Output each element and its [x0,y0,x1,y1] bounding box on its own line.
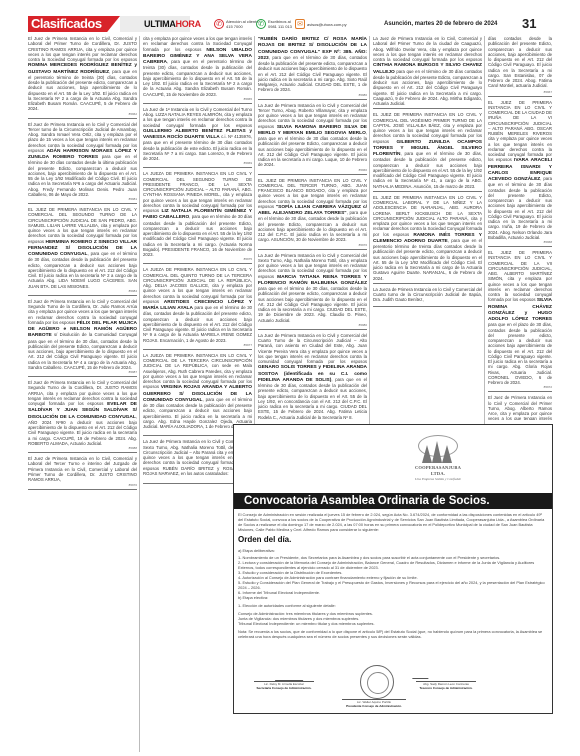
legal-notice: El Juez de Primera Instancia en lo Civil… [28,122,137,205]
legal-notice: EL JUEZ DE PRIMERA INSTANCIA EN LO CIVIL… [373,195,482,284]
notice-code: 85988 [28,446,137,450]
legal-notice: EL JUEZ DE PRIMERA INSTANCIA EN LO CIVIL… [28,207,137,296]
legal-notice: EL JUEZ DE PRIMERA INSTANCIA EN LO CIVIL… [258,178,367,250]
legal-notice: El Juez de Primera Instancia en lo Civil… [28,456,137,490]
newspaper-logo: ULTIMAHORA [120,16,190,32]
legal-notice: "RUBÉN DARÍO BRITEZ C/ ROSA MARÍA ROJAS … [258,36,367,100]
note: Nota: Se recuerda a los socios, que de c… [238,629,548,639]
legal-notice: La Juez de Primera Instancia en lo Civil… [258,333,367,420]
legal-notice: LA JUEZA DE PRIMERA INSTANCIA EN LO CIVI… [143,171,252,264]
phone-icon: ✆ [214,19,224,29]
legal-notice: La Jueza de Primera Instancia en lo Civi… [373,287,482,307]
intro-paragraph: El Consejo de Administración en sesión r… [238,512,548,532]
page-number: 31 [522,16,536,32]
signature-secretaria: Lic. Delsy M. Armella Escobar Secretaria… [254,681,314,691]
signature-presidente: Lic. Walter Aquino Portillo Presidente C… [342,699,406,709]
notice-code: 85980 [258,323,367,327]
legal-notice: EL JUEZ DE PRIMERA INSTANCIA EN LO CIVIL… [488,250,552,392]
legal-notice: La Juez de Primera Instancia en lo Civil… [373,36,482,109]
column-4: La Juez de Primera Instancia en lo Civil… [373,36,482,420]
authorities-list: Consejo de Administración: tres miembros… [238,611,548,626]
legal-notice: EL JUEZ DE PRIMERA INSTANCIA EN LO CIVIL… [373,112,482,192]
notice-code: 85986 [258,93,367,97]
column-1: El Juez de Primera Instancia en lo Civil… [28,36,137,752]
signature-tesorero: Abg. Sady Ramón Leon Contreras Tesorero … [416,681,476,691]
signatures: Lic. Delsy M. Armella Escobar Secretaria… [234,673,552,713]
legal-notice: LA JUEZA DE PRIMERA INSTANCIA EN LO CIVI… [143,267,252,350]
official-seal [360,665,394,699]
cooperative-logo: COOPERASANJUBA LTDA. Una Empresa Sólida … [408,435,468,491]
notice-code: 85968 [488,240,552,244]
notice-code: 85970 [28,483,137,487]
contact-phone: ✆ Atención al cliente:415 7000 [214,17,260,31]
column-5: días contados desde la publicación del p… [488,36,552,420]
notice-code: 85976 [258,243,367,247]
notice-code: 85987 [28,370,137,374]
notice-code: 85962 [28,112,137,116]
contact-whatsapp: ✆ Escribinos al0981 111 013 [256,17,292,31]
legal-notice: El Juez de Primera Instancia en lo Civil… [488,395,552,420]
legal-notice: El Juez de Primera Instancia en lo Civil… [28,299,137,377]
agenda-items-b: 1- Elección de autoridades conforme al s… [238,603,548,608]
orden-title: Orden del día. [238,535,548,545]
notice-code: 85975 [143,257,252,261]
legal-notice: La Juez de Primera Instancia en lo Civil… [258,103,367,175]
column-divider [139,36,140,752]
notice-code: 85965 [143,97,252,101]
convocatoria-title: Convocatoria Asamblea Ordinaria de Socio… [234,493,552,509]
column-divider [369,36,370,424]
stage-electiva: b) Etapa electiva: [238,595,548,600]
notice-code: 85966 [258,168,367,172]
agenda-items-a: 1- Nombramiento de un Presidente, dos Se… [238,555,548,595]
column-divider [254,36,255,424]
legal-notice: cita y emplaza por quince veces a los qu… [143,36,252,104]
convocatoria-ad: COOPERASANJUBA LTDA. Una Empresa Sólida … [233,424,553,714]
legal-notice: EL JUEZ DE PRIMERA INSTANCIA EN LO CIVIL… [488,100,552,248]
tree-logo-icon [414,435,462,465]
page-header: Clasificados ULTIMAHORA ✆ Atención al cl… [28,16,552,32]
notice-code: 85969 [143,161,252,165]
email-icon: ✉ [295,19,305,29]
whatsapp-icon: ✆ [256,19,266,29]
notice-code: 85981 [28,197,137,201]
contact-email: ✉ avisos@uhora.com.py [295,17,347,31]
notice-code: 85984 [28,289,137,293]
dateline: Asunción, martes 20 de febrero de 2024 [384,18,497,30]
legal-notice: La Juez de 1ª Instancia en lo Civil y Co… [143,107,252,169]
section-title: Clasificados [28,16,120,32]
stage-deliberativa: a) Etapa deliberativa: [238,548,548,553]
legal-notice: días contados desde la publicación del p… [488,36,552,97]
notice-code: 85967 [488,90,552,94]
column-3: "RUBÉN DARÍO BRITEZ C/ ROSA MARÍA ROJAS … [258,36,367,420]
notice-code: 85977 [143,343,252,347]
legal-notice: El Juez de Primera Instancia en lo Civil… [28,380,137,453]
convocatoria-body: El Consejo de Administración en sesión r… [238,512,548,642]
notice-code: 85972 [488,385,552,389]
legal-notice: La Juez de Primera Instancia en lo Civil… [258,253,367,330]
column-divider [484,36,485,424]
legal-notice: El Juez de Primera Instancia en lo Civil… [28,36,137,119]
